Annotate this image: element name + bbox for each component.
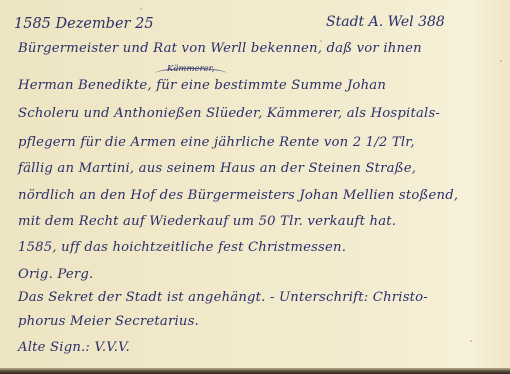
archive-reference: Stadt A. Wel 388 <box>326 14 445 30</box>
note-original: Orig. Perg. <box>18 268 93 281</box>
interlinear-insertion: Kämmerer, <box>167 64 215 74</box>
note-seal-signature: Das Sekret der Stadt ist angehängt. - Un… <box>18 291 428 304</box>
paper-speck <box>140 8 142 10</box>
regest-line: fällig an Martini, aus seinem Haus an de… <box>18 162 416 175</box>
regest-line: Herman Benedikte, für eine bestimmte Sum… <box>18 79 386 92</box>
note-signatory: phorus Meier Secretarius. <box>18 315 199 328</box>
regest-line: Scholeru und Anthonießen Slüeder, Kämmer… <box>18 107 440 120</box>
regest-line: pflegern für die Armen eine jährliche Re… <box>18 136 415 149</box>
paper-speck <box>470 340 472 342</box>
regest-line: nördlich an den Hof des Bürgermeisters J… <box>18 189 458 202</box>
regest-line: 1585, uff das hoichtzeitliche fest Chris… <box>18 241 346 254</box>
document-date: 1585 Dezember 25 <box>14 16 154 32</box>
note-old-signature: Alte Sign.: V.V.V. <box>18 341 130 354</box>
paper-speck <box>500 60 502 62</box>
regest-line: Bürgermeister und Rat von Werll bekennen… <box>18 42 422 55</box>
archive-index-card: 1585 Dezember 25 Stadt A. Wel 388 Kämmer… <box>0 0 510 374</box>
regest-line: mit dem Recht auf Wiederkauf um 50 Tlr. … <box>18 215 396 228</box>
